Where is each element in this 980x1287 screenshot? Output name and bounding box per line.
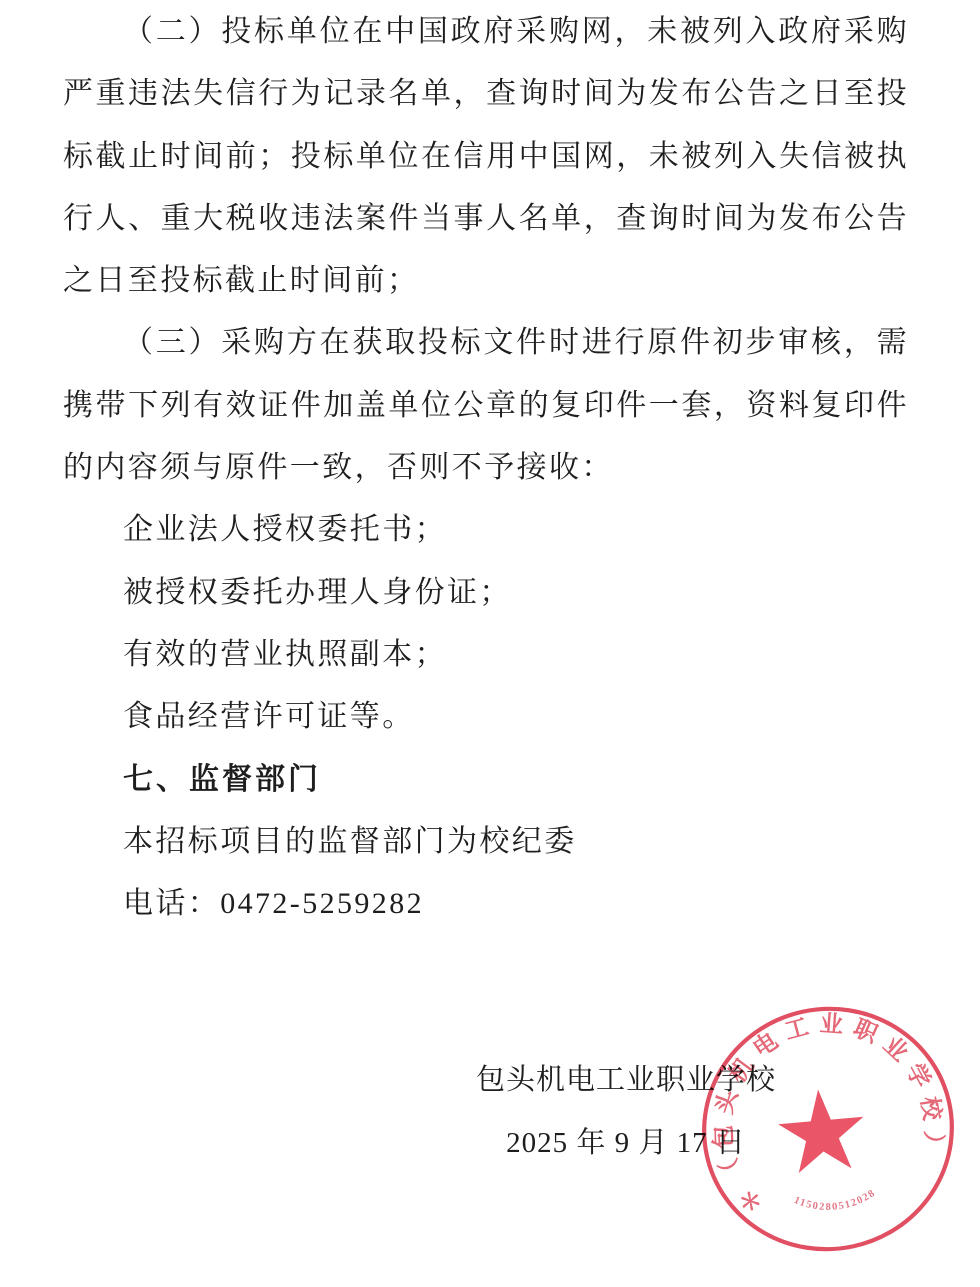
seal-code: 1150280512028 xyxy=(790,1178,879,1221)
section-heading: 七、监督部门 xyxy=(63,749,909,811)
official-seal: ＊（包头机电工业职业学校） 1150280512028 xyxy=(698,1003,958,1255)
paragraph-iii: （三）采购方在获取投标文件时进行原件初步审核，需携带下列有效证件加盖单位公章的复… xyxy=(63,312,909,499)
paragraph-ii: （二）投标单位在中国政府采购网，未被列入政府采购严重违法失信行为记录名单，查询时… xyxy=(63,1,909,312)
seal-star-icon xyxy=(775,1086,867,1175)
seal-code-holder: 1150280512028 xyxy=(790,1178,879,1221)
list-item: 被授权委托办理人身份证； xyxy=(63,562,909,624)
supervisor-line: 本招标项目的监督部门为校纪委 xyxy=(63,811,909,873)
list-item: 企业法人授权委托书； xyxy=(63,499,909,561)
document-page: （二）投标单位在中国政府采购网，未被列入政府采购严重违法失信行为记录名单，查询时… xyxy=(0,0,980,1287)
seal-ring-text-holder: ＊（包头机电工业职业学校） xyxy=(698,1003,958,1222)
list-item: 有效的营业执照副本； xyxy=(63,624,909,686)
list-item: 食品经营许可证等。 xyxy=(63,686,909,748)
seal-ring-text: ＊（包头机电工业职业学校） xyxy=(698,1003,958,1222)
phone-line: 电话：0472-5259282 xyxy=(63,873,909,935)
document-body: （二）投标单位在中国政府采购网，未被列入政府采购严重违法失信行为记录名单，查询时… xyxy=(63,1,909,1174)
